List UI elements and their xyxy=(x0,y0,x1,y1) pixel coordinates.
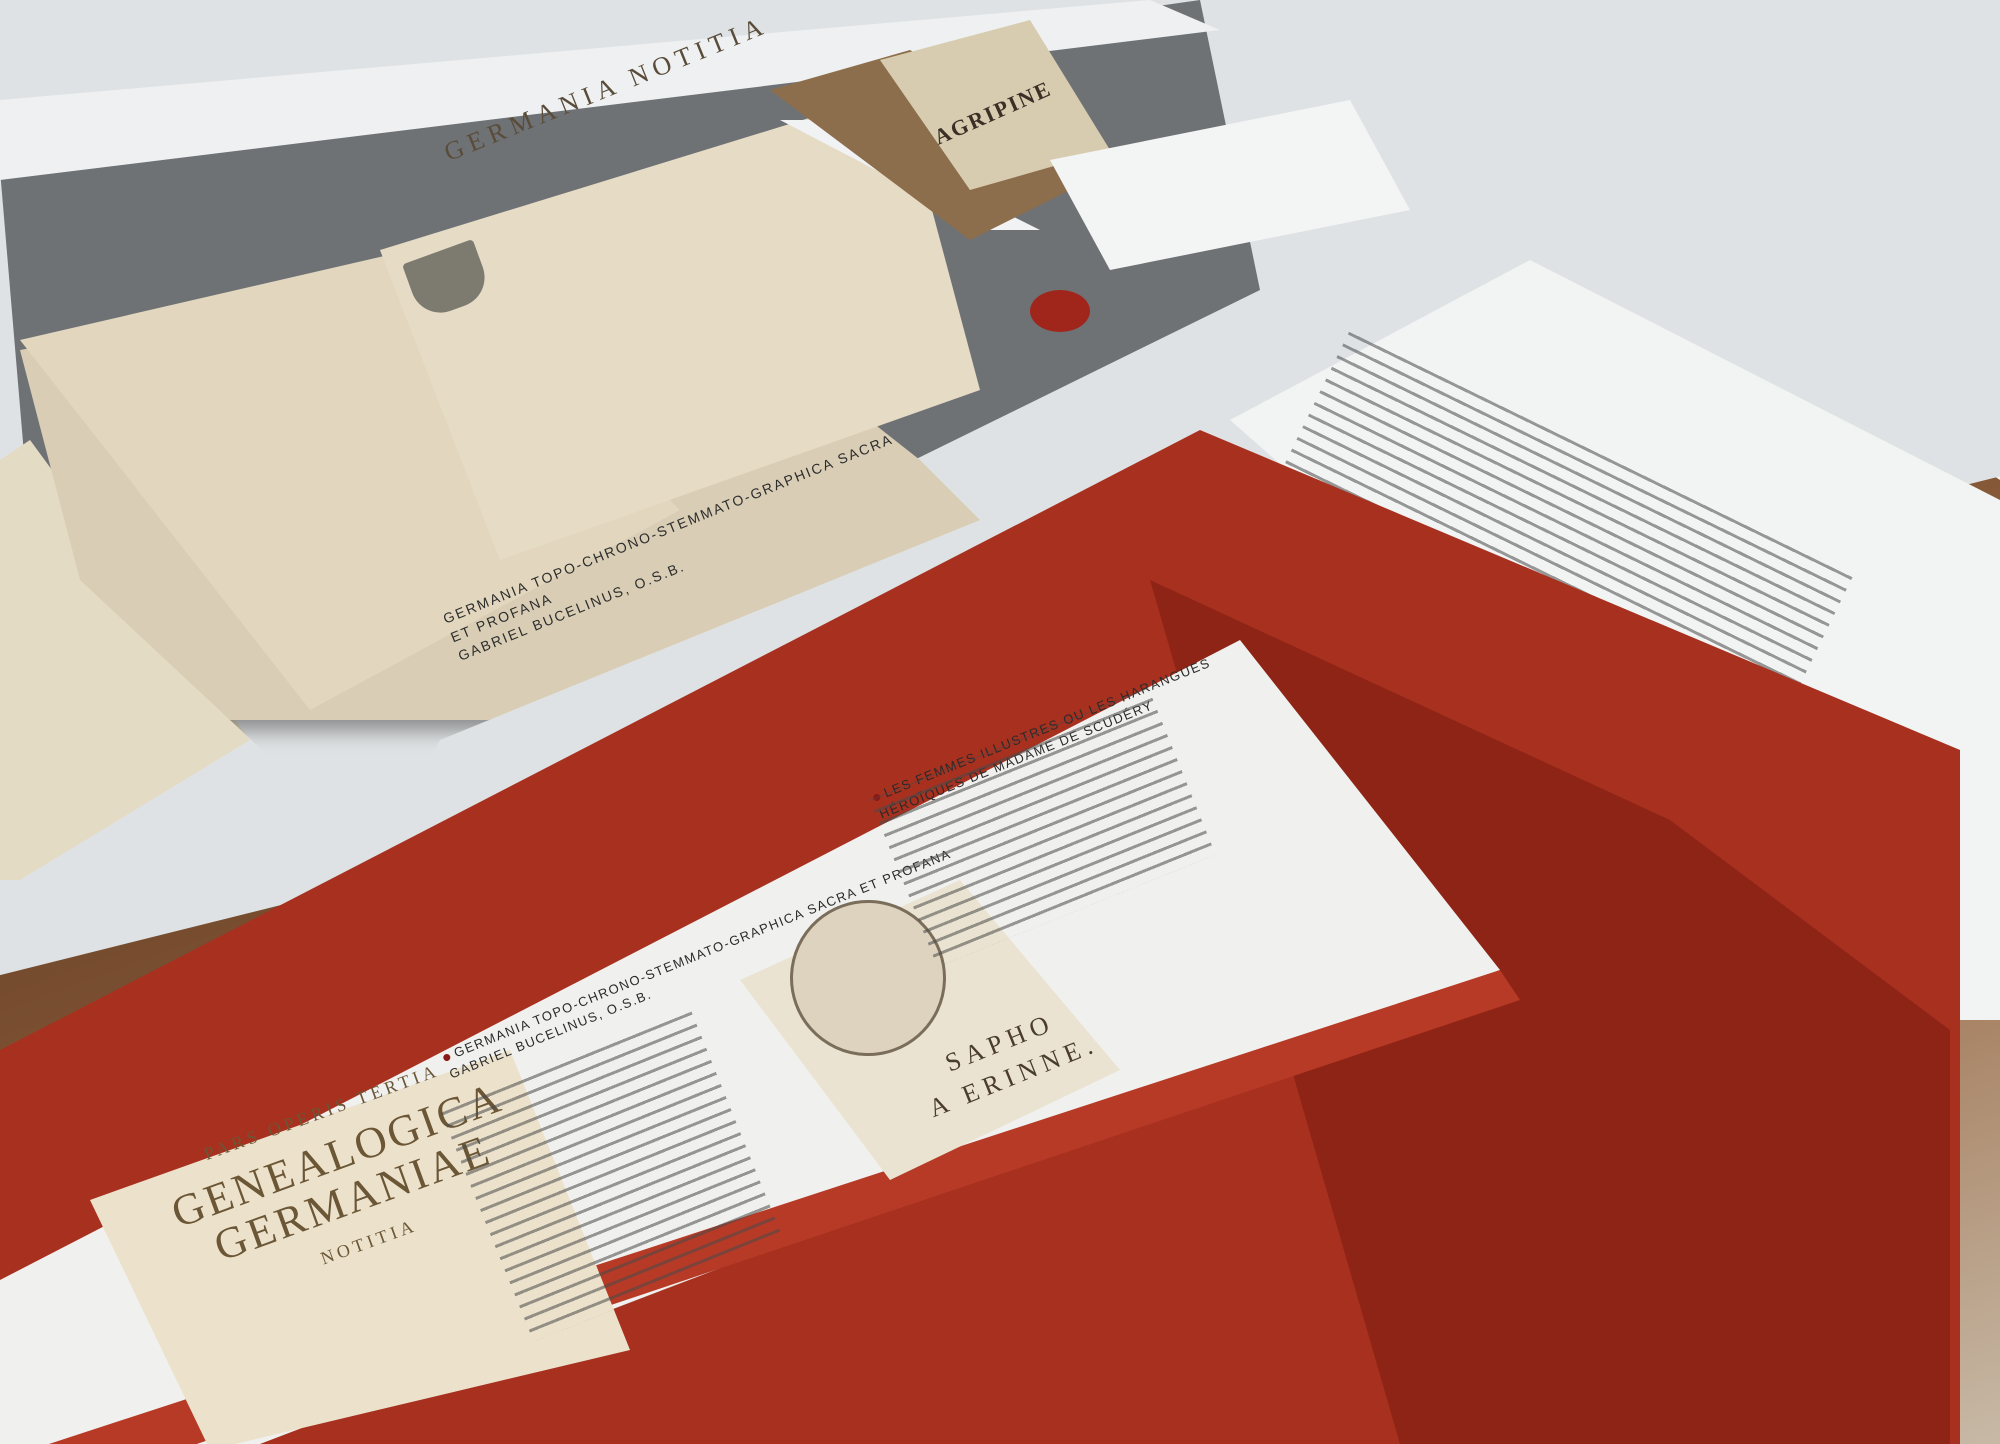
bullet-dot-icon xyxy=(442,1053,451,1062)
wax-seal-icon xyxy=(1030,290,1090,332)
